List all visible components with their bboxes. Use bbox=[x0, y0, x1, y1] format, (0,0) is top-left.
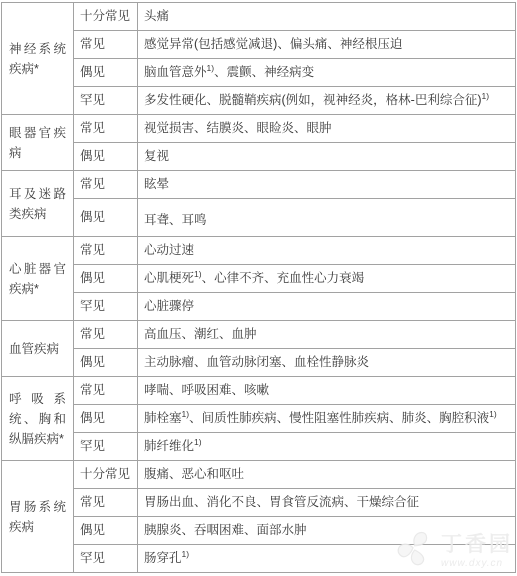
frequency-cell: 偶见 bbox=[74, 517, 138, 545]
table-row: 罕见心脏骤停 bbox=[2, 293, 516, 321]
category-cell: 耳及迷路类疾病 bbox=[2, 171, 74, 237]
footnote-marker: 1) bbox=[182, 549, 190, 559]
table-row: 神经系统疾病*十分常见头痛 bbox=[2, 3, 516, 31]
table-row: 呼吸系统、胸和纵膈疾病*常见哮喘、呼吸困难、咳嗽 bbox=[2, 377, 516, 405]
table-section: 心脏器官疾病*常见心动过速偶见心肌梗死1)、心律不齐、充血性心力衰竭罕见心脏骤停 bbox=[2, 237, 516, 321]
frequency-cell: 偶见 bbox=[74, 199, 138, 237]
table-row: 偶见脑血管意外1)、震颤、神经病变 bbox=[2, 59, 516, 87]
reactions-cell: 肺栓塞1)、间质性肺疾病、慢性阻塞性肺疾病、肺炎、胸腔积液1) bbox=[138, 405, 516, 433]
footnote-marker: 1) bbox=[482, 91, 490, 101]
frequency-cell: 偶见 bbox=[74, 59, 138, 87]
frequency-cell: 常见 bbox=[74, 31, 138, 59]
table-row: 罕见多发性硬化、脱髓鞘疾病(例如，视神经炎，格林-巴利综合征)1) bbox=[2, 87, 516, 115]
reactions-cell: 肺纤维化1) bbox=[138, 433, 516, 461]
frequency-cell: 罕见 bbox=[74, 87, 138, 115]
reactions-cell: 视觉损害、结膜炎、眼睑炎、眼肿 bbox=[138, 115, 516, 143]
table-row: 偶见心肌梗死1)、心律不齐、充血性心力衰竭 bbox=[2, 265, 516, 293]
table-row: 胃肠系统疾病十分常见腹痛、恶心和呕吐 bbox=[2, 461, 516, 489]
adverse-reactions-table: 神经系统疾病*十分常见头痛常见感觉异常(包括感觉减退)、偏头痛、神经根压迫偶见脑… bbox=[1, 2, 516, 573]
frequency-cell: 十分常见 bbox=[74, 3, 138, 31]
table-row: 心脏器官疾病*常见心动过速 bbox=[2, 237, 516, 265]
reactions-cell: 胃肠出血、消化不良、胃食管反流病、干燥综合征 bbox=[138, 489, 516, 517]
category-cell: 心脏器官疾病* bbox=[2, 237, 74, 321]
adverse-reactions-page: 神经系统疾病*十分常见头痛常见感觉异常(包括感觉减退)、偏头痛、神经根压迫偶见脑… bbox=[0, 0, 517, 576]
reactions-cell: 心动过速 bbox=[138, 237, 516, 265]
table-row: 偶见复视 bbox=[2, 143, 516, 171]
frequency-cell: 十分常见 bbox=[74, 461, 138, 489]
table-section: 神经系统疾病*十分常见头痛常见感觉异常(包括感觉减退)、偏头痛、神经根压迫偶见脑… bbox=[2, 3, 516, 115]
table-row: 偶见主动脉瘤、血管动脉闭塞、血栓性静脉炎 bbox=[2, 349, 516, 377]
category-cell: 胃肠系统疾病 bbox=[2, 461, 74, 573]
frequency-cell: 罕见 bbox=[74, 433, 138, 461]
reactions-cell: 复视 bbox=[138, 143, 516, 171]
reactions-cell: 心脏骤停 bbox=[138, 293, 516, 321]
table-row: 眼器官疾病常见视觉损害、结膜炎、眼睑炎、眼肿 bbox=[2, 115, 516, 143]
table-row: 血管疾病常见高血压、潮红、血肿 bbox=[2, 321, 516, 349]
reactions-cell: 多发性硬化、脱髓鞘疾病(例如，视神经炎，格林-巴利综合征)1) bbox=[138, 87, 516, 115]
frequency-cell: 罕见 bbox=[74, 293, 138, 321]
reactions-cell: 心肌梗死1)、心律不齐、充血性心力衰竭 bbox=[138, 265, 516, 293]
category-cell: 神经系统疾病* bbox=[2, 3, 74, 115]
frequency-cell: 偶见 bbox=[74, 405, 138, 433]
table-row: 耳及迷路类疾病常见眩晕 bbox=[2, 171, 516, 199]
reactions-cell: 哮喘、呼吸困难、咳嗽 bbox=[138, 377, 516, 405]
frequency-cell: 偶见 bbox=[74, 143, 138, 171]
frequency-cell: 常见 bbox=[74, 489, 138, 517]
reactions-cell: 腹痛、恶心和呕吐 bbox=[138, 461, 516, 489]
reactions-cell: 高血压、潮红、血肿 bbox=[138, 321, 516, 349]
reactions-cell: 头痛 bbox=[138, 3, 516, 31]
reactions-cell: 眩晕 bbox=[138, 171, 516, 199]
reactions-cell: 脑血管意外1)、震颤、神经病变 bbox=[138, 59, 516, 87]
footnote-marker: 1) bbox=[489, 409, 497, 419]
table-section: 眼器官疾病常见视觉损害、结膜炎、眼睑炎、眼肿偶见复视 bbox=[2, 115, 516, 171]
table-row: 常见胃肠出血、消化不良、胃食管反流病、干燥综合征 bbox=[2, 489, 516, 517]
table-row: 偶见耳聋、耳鸣 bbox=[2, 199, 516, 237]
table-row: 罕见肠穿孔1) bbox=[2, 545, 516, 573]
table-section: 呼吸系统、胸和纵膈疾病*常见哮喘、呼吸困难、咳嗽偶见肺栓塞1)、间质性肺疾病、慢… bbox=[2, 377, 516, 461]
category-cell: 血管疾病 bbox=[2, 321, 74, 377]
table-section: 耳及迷路类疾病常见眩晕偶见耳聋、耳鸣 bbox=[2, 171, 516, 237]
reactions-cell: 感觉异常(包括感觉减退)、偏头痛、神经根压迫 bbox=[138, 31, 516, 59]
footnote-marker: 1) bbox=[194, 269, 202, 279]
frequency-cell: 常见 bbox=[74, 321, 138, 349]
frequency-cell: 常见 bbox=[74, 115, 138, 143]
footnote-marker: 1) bbox=[182, 409, 190, 419]
table-section: 血管疾病常见高血压、潮红、血肿偶见主动脉瘤、血管动脉闭塞、血栓性静脉炎 bbox=[2, 321, 516, 377]
table-section: 胃肠系统疾病十分常见腹痛、恶心和呕吐常见胃肠出血、消化不良、胃食管反流病、干燥综… bbox=[2, 461, 516, 573]
frequency-cell: 罕见 bbox=[74, 545, 138, 573]
footnote-marker: 1) bbox=[207, 63, 215, 73]
table-row: 偶见胰腺炎、吞咽困难、面部水肿 bbox=[2, 517, 516, 545]
footnote-marker: 1) bbox=[194, 437, 202, 447]
table-row: 罕见肺纤维化1) bbox=[2, 433, 516, 461]
table-row: 常见感觉异常(包括感觉减退)、偏头痛、神经根压迫 bbox=[2, 31, 516, 59]
frequency-cell: 常见 bbox=[74, 377, 138, 405]
category-cell: 眼器官疾病 bbox=[2, 115, 74, 171]
frequency-cell: 偶见 bbox=[74, 349, 138, 377]
table-row: 偶见肺栓塞1)、间质性肺疾病、慢性阻塞性肺疾病、肺炎、胸腔积液1) bbox=[2, 405, 516, 433]
frequency-cell: 常见 bbox=[74, 237, 138, 265]
category-cell: 呼吸系统、胸和纵膈疾病* bbox=[2, 377, 74, 461]
frequency-cell: 偶见 bbox=[74, 265, 138, 293]
reactions-cell: 耳聋、耳鸣 bbox=[138, 199, 516, 237]
reactions-cell: 肠穿孔1) bbox=[138, 545, 516, 573]
frequency-cell: 常见 bbox=[74, 171, 138, 199]
reactions-cell: 胰腺炎、吞咽困难、面部水肿 bbox=[138, 517, 516, 545]
reactions-cell: 主动脉瘤、血管动脉闭塞、血栓性静脉炎 bbox=[138, 349, 516, 377]
